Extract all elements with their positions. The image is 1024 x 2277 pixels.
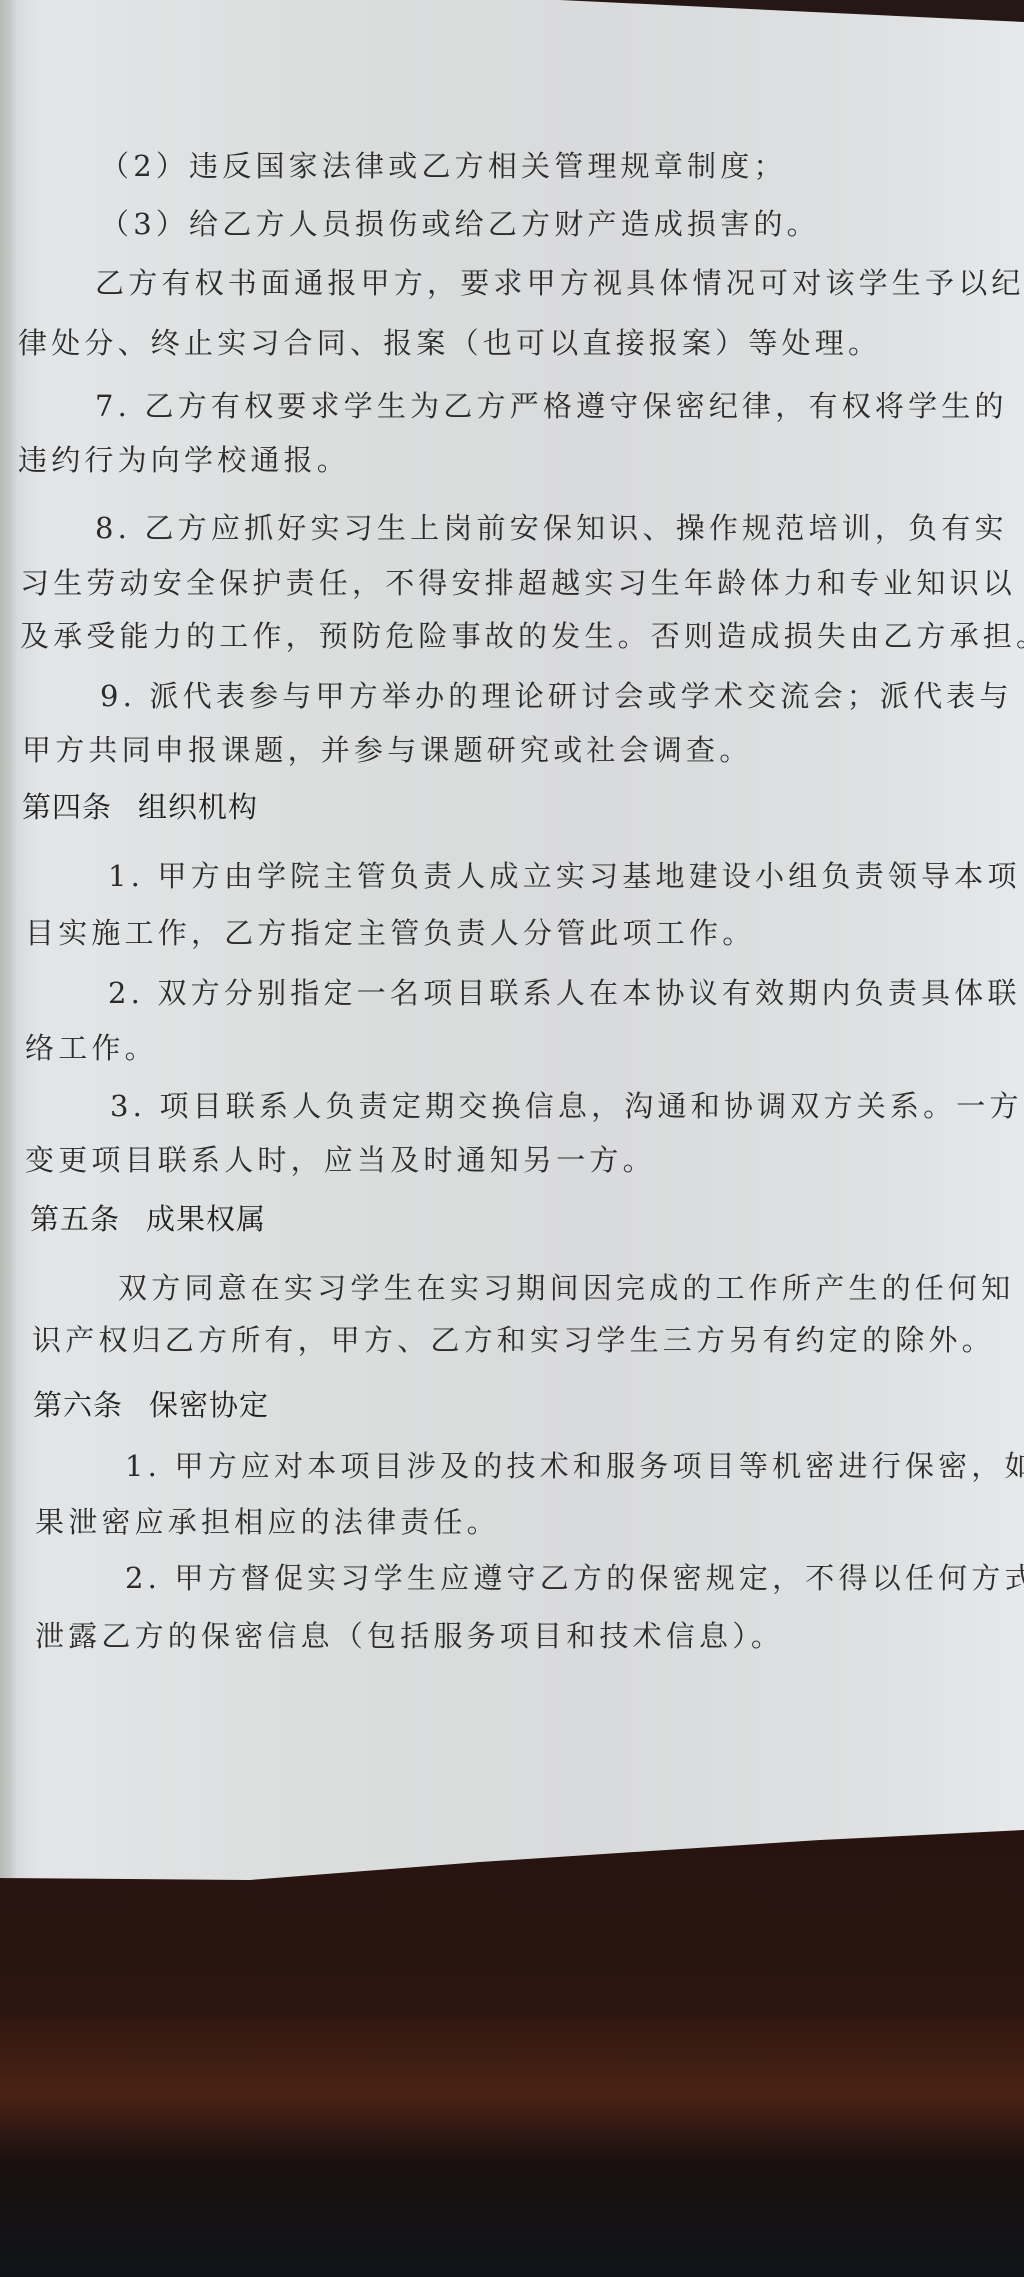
text-line: 甲方共同申报课题，并参与课题研究或社会调查。: [22, 732, 752, 768]
text-line: 3. 项目联系人负责定期交换信息，沟通和协调双方关系。一方: [110, 1088, 1023, 1124]
text-line: 及承受能力的工作，预防危险事故的发生。否则造成损失由乙方承担。: [20, 618, 1024, 654]
text-line: 违约行为向学校通报。: [18, 442, 350, 478]
text-line: 2. 甲方督促实习学生应遵守乙方的保密规定，不得以任何方式: [125, 1560, 1024, 1596]
text-line: 律处分、终止实习合同、报案（也可以直接报案）等处理。: [18, 325, 881, 361]
text-line: 识产权归乙方所有，甲方、乙方和实习学生三方另有约定的除外。: [32, 1322, 995, 1358]
article-number: 第四条: [22, 792, 112, 824]
page-fold-shadow: [0, 0, 18, 1880]
text-line: 1. 甲方由学院主管负责人成立实习基地建设小组负责领导本项: [108, 858, 1021, 894]
article-title: 组织机构: [138, 792, 258, 824]
text-line: 双方同意在实习学生在实习期间因完成的工作所产生的任何知: [118, 1270, 1014, 1306]
text-line: （3）给乙方人员损伤或给乙方财产造成损害的。: [100, 206, 820, 242]
text-line: 乙方有权书面通报甲方，要求甲方视具体情况可对该学生予以纪: [95, 265, 1024, 301]
text-line: 变更项目联系人时，应当及时通知另一方。: [25, 1142, 656, 1178]
text-line: 目实施工作，乙方指定主管负责人分管此项工作。: [25, 915, 755, 951]
article-number: 第六条: [33, 1390, 123, 1422]
section-heading-article-6: 第六条保密协定: [33, 1388, 269, 1424]
text-line: 7. 乙方有权要求学生为乙方严格遵守保密纪律，有权将学生的: [95, 388, 1008, 424]
section-heading-article-5: 第五条成果权属: [30, 1202, 266, 1238]
text-line: （2）违反国家法律或乙方相关管理规章制度；: [100, 148, 787, 184]
text-line: 9. 派代表参与甲方举办的理论研讨会或学术交流会；派代表与: [100, 678, 1013, 714]
section-heading-article-4: 第四条组织机构: [22, 790, 258, 826]
text-line: 8. 乙方应抓好实习生上岗前安保知识、操作规范培训，负有实: [95, 510, 1008, 546]
text-line: 果泄密应承担相应的法律责任。: [35, 1504, 500, 1540]
text-line: 络工作。: [25, 1030, 158, 1066]
article-title: 保密协定: [149, 1390, 269, 1422]
article-title: 成果权属: [146, 1204, 266, 1236]
text-line: 2. 双方分别指定一名项目联系人在本协议有效期内负责具体联: [108, 975, 1021, 1011]
article-number: 第五条: [30, 1204, 120, 1236]
text-line: 1. 甲方应对本项目涉及的技术和服务项目等机密进行保密，如: [125, 1448, 1024, 1484]
text-line: 泄露乙方的保密信息（包括服务项目和技术信息）。: [35, 1618, 784, 1654]
text-line: 习生劳动安全保护责任，不得安排超越实习生年龄体力和专业知识以: [20, 565, 1016, 601]
